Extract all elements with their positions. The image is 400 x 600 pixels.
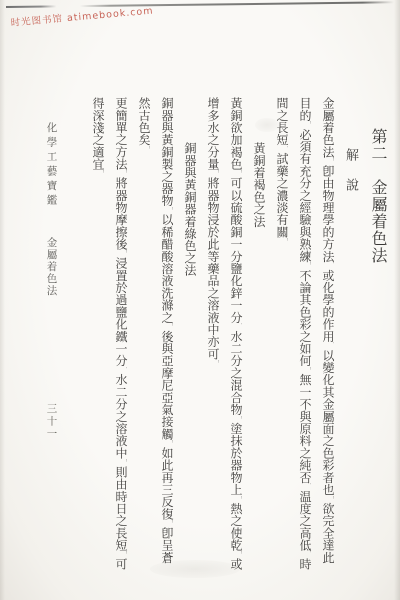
text-column: 黃銅欲加褐色。可以硫酸銅一分鹽化鋅一分、水二分之混合物。塗抹於器物上。熱之使乾。… (230, 97, 242, 555)
main-text-block: 第二 金屬着色法 解 說 金屬着色法。卽由物理學的方法、或化學的作用、以變化其金… (81, 97, 385, 555)
page-left-edge-shadow (0, 0, 5, 600)
text-column: 得深淺之適宜。 (92, 97, 104, 555)
text-column: 間之長短、試藥之濃淡有關。 (276, 97, 288, 555)
text-column: 目的。必須有充分之經驗與熟練。不論其色彩之如何。無一不與原料之純否、温度之高低、… (299, 97, 311, 555)
running-book-title: 化學工藝寶鑑 (45, 122, 56, 209)
section-label: 解 說 (345, 97, 358, 555)
text-column: 增多水之分量。將器物浸於此等藥品之溶液中亦可。 (207, 97, 219, 555)
page-top-edge-line (6, 1, 394, 8)
chapter-title: 第二 金屬着色法 (369, 97, 385, 555)
heading-brass-brown: 黃銅着褐色之法 (253, 97, 265, 555)
text-column: 更簡單之方法。將器物摩擦後。浸置於過鹽化鐵一分、水二分之溶液中。則由時日之長短。… (115, 97, 127, 555)
page-number: 三十一 (45, 403, 56, 441)
scanned-book-page: 时光图书馆 atimebook.com 第二 金屬着色法 解 說 金屬着色法。卽… (0, 0, 400, 600)
page-right-edge-shadow (394, 0, 400, 600)
text-column: 然古色矣。 (138, 97, 150, 555)
text-column: 銅器與黃銅製之器物。以稀醋酸溶液洗滌之。後與亞摩尼亞氣接觸。如此再三反復。卽呈蒼 (161, 97, 173, 555)
running-chapter: 金屬着色法 (45, 237, 56, 297)
text-column: 金屬着色法。卽由物理學的方法、或化學的作用、以變化其金屬面之色彩者也。欲完全達此 (322, 97, 334, 555)
heading-copper-green: 銅器與黃銅器着綠色之法 (184, 97, 196, 555)
